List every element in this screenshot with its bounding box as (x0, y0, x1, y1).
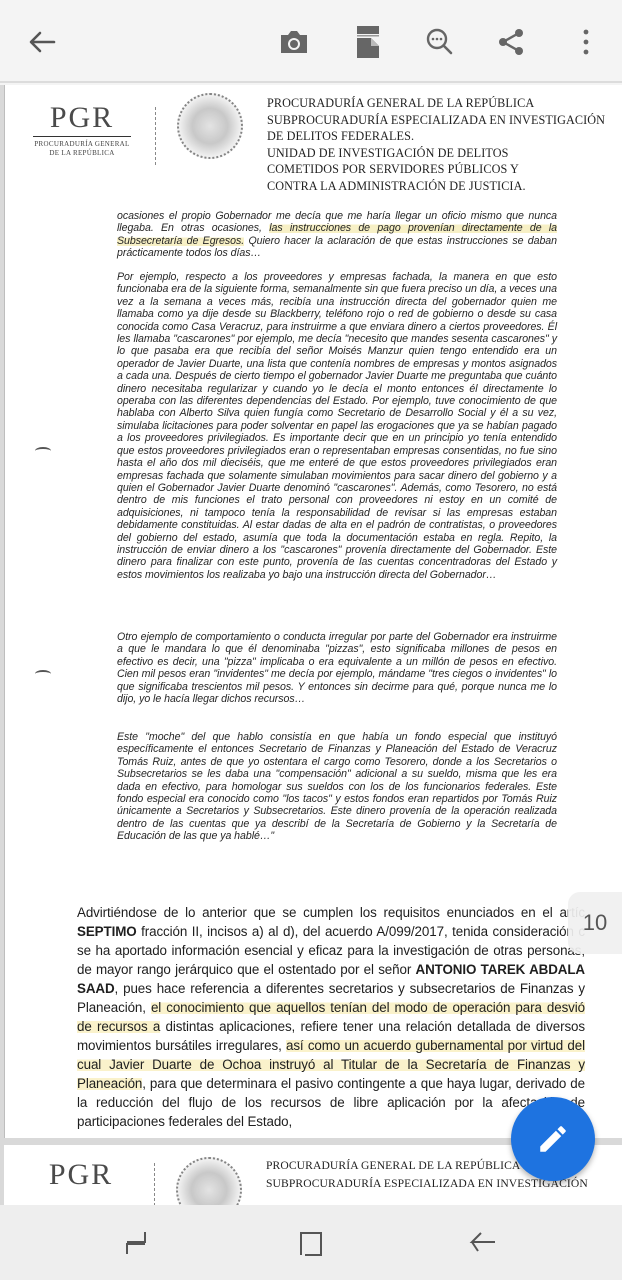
pgr-logo: PGR PROCURADURÍA GENERAL DE LA REPÚBLICA (27, 102, 137, 158)
letterhead-line: SUBPROCURADURÍA ESPECIALIZADA EN INVESTI… (267, 112, 605, 129)
quote-paragraph-4: Este "moche" del que hablo consistía en … (117, 731, 557, 843)
quote-paragraph-2: Por ejemplo, respecto a los proveedores … (117, 271, 557, 581)
coat-of-arms-seal-icon (177, 93, 243, 159)
punch-hole-mark (35, 670, 51, 678)
letterhead-line: CONTRA LA ADMINISTRACIÓN DE JUSTICIA. (267, 178, 605, 195)
logo-divider (154, 1163, 155, 1205)
home-icon[interactable] (291, 1223, 331, 1263)
letterhead-line: COMETIDOS POR SERVIDORES PÚBLICOS Y (267, 161, 605, 178)
letterhead-line: DE DELITOS FEDERALES. (267, 128, 605, 145)
edit-fab-button[interactable] (511, 1097, 595, 1181)
letterhead-line: PROCURADURÍA GENERAL DE LA REPÚBLICA (267, 95, 605, 112)
pgr-logo-text: PGR (27, 102, 137, 134)
pgr-logo-text: PGR (26, 1159, 136, 1191)
search-more-icon[interactable] (420, 22, 460, 62)
page-number-indicator: 10 (568, 892, 622, 954)
more-vert-icon[interactable] (566, 22, 606, 62)
quote-paragraph-3: Otro ejemplo de comportamiento o conduct… (117, 631, 557, 705)
body-text: , para que determinara el pasivo conting… (77, 1076, 585, 1129)
document-viewport[interactable]: PGR PROCURADURÍA GENERAL DE LA REPÚBLICA… (0, 85, 622, 1205)
bold-text: SEPTIMO (77, 924, 137, 939)
recents-icon[interactable] (116, 1223, 156, 1263)
system-nav-bar (0, 1205, 622, 1280)
document-icon[interactable] (348, 22, 388, 62)
back-arrow-icon[interactable] (22, 22, 62, 62)
body-paragraph: Advirtiéndose de lo anterior que se cump… (77, 903, 585, 1131)
back-icon[interactable] (463, 1223, 503, 1263)
letterhead-text: PROCURADURÍA GENERAL DE LA REPÚBLICA SUB… (267, 95, 605, 195)
pgr-logo: PGR (26, 1159, 136, 1191)
letterhead: PGR PROCURADURÍA GENERAL DE LA REPÚBLICA… (5, 85, 622, 200)
share-icon[interactable] (491, 22, 531, 62)
logo-rule (33, 136, 131, 137)
body-text: Advirtiéndose de lo anterior que se cump… (77, 905, 585, 920)
camera-icon[interactable] (274, 22, 314, 62)
punch-hole-mark (35, 447, 51, 455)
quote-paragraph-1: ocasiones el propio Gobernador me decía … (117, 210, 557, 260)
coat-of-arms-seal-icon (176, 1157, 242, 1205)
logo-subtitle: DE LA REPÚBLICA (27, 149, 137, 158)
logo-divider (155, 107, 156, 165)
pencil-icon (536, 1122, 570, 1156)
letterhead-line: UNIDAD DE INVESTIGACIÓN DE DELITOS (267, 145, 605, 162)
document-page: PGR PROCURADURÍA GENERAL DE LA REPÚBLICA… (4, 85, 622, 1138)
logo-subtitle: PROCURADURÍA GENERAL (27, 140, 137, 149)
app-bar (0, 0, 622, 83)
